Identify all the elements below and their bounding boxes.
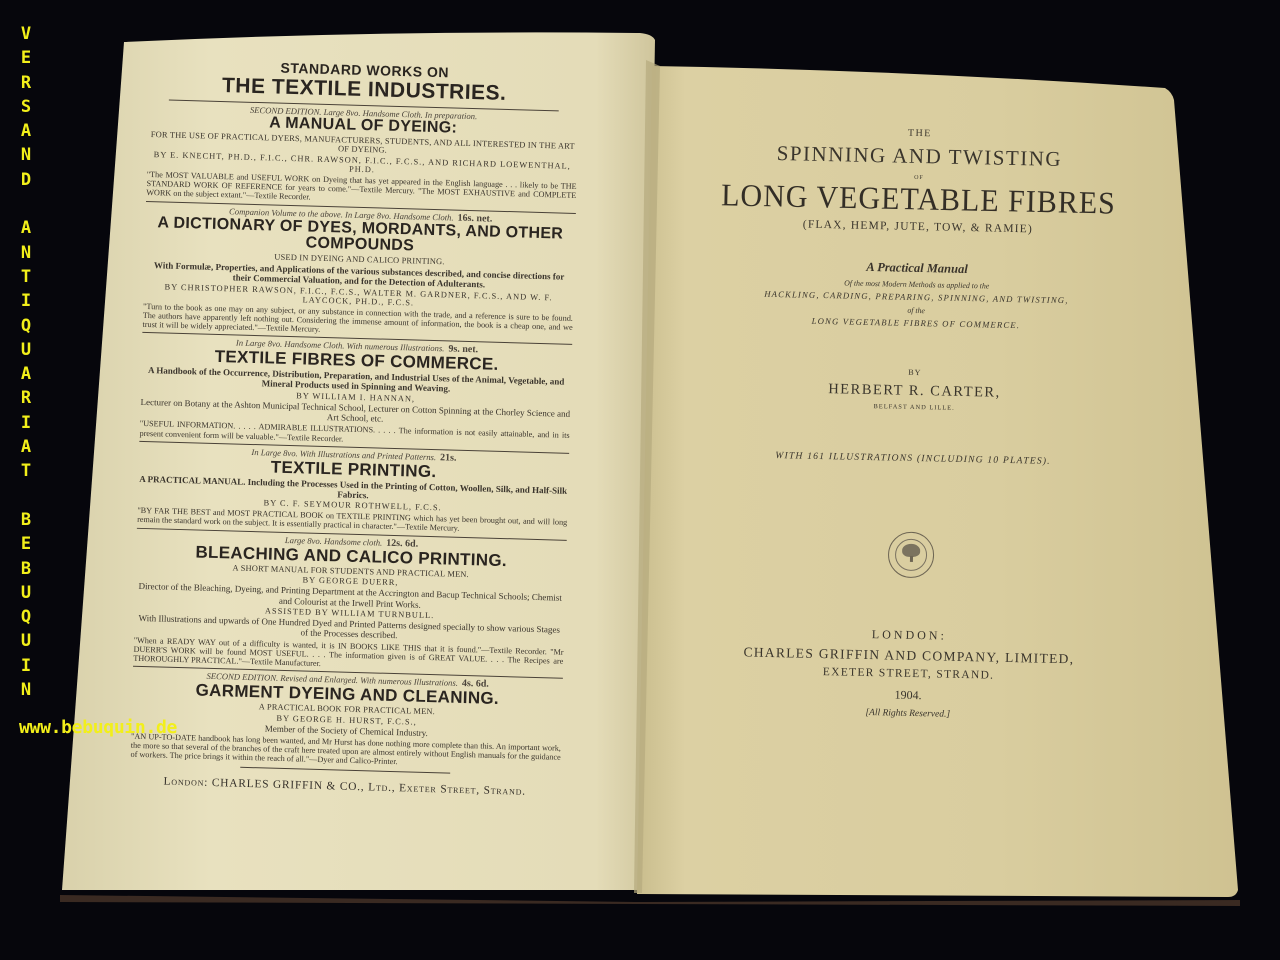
watermark-letter: N <box>18 143 34 167</box>
left-page-content: STANDARD WORKS ON THE TEXTILE INDUSTRIES… <box>129 56 580 810</box>
watermark-letter: Q <box>18 605 34 629</box>
watermark-letter: A <box>18 119 34 143</box>
watermark-letter: U <box>18 581 34 605</box>
watermark-vertical-text: VERSAND ANTIQUARIAT BEBUQUIN <box>18 22 34 702</box>
watermark-letter: A <box>18 362 34 386</box>
watermark-letter: V <box>18 22 34 46</box>
watermark-url: www.bebuquin.de <box>19 717 177 738</box>
book-entry-bleaching-calico: Large 8vo. Handsome cloth.12s. 6d. BLEAC… <box>133 530 567 674</box>
watermark-letter: I <box>18 654 34 678</box>
book-entry-textile-fibres: In Large 8vo. Handsome Cloth. With numer… <box>139 335 572 450</box>
book-entry-manual-of-dyeing: SECOND EDITION. Large 8vo. Handsome Clot… <box>146 102 579 210</box>
watermark-letter <box>18 484 34 508</box>
watermark-letter: B <box>18 557 34 581</box>
imprint-city: LONDON: <box>709 624 1109 647</box>
watermark-letter: U <box>18 629 34 653</box>
watermark-letter: Q <box>18 314 34 338</box>
watermark-letter: T <box>18 459 34 483</box>
illustrations-note: WITH 161 ILLUSTRATIONS (INCLUDING 10 PLA… <box>713 449 1113 468</box>
watermark-letter: S <box>18 95 34 119</box>
tree-trunk <box>910 556 913 562</box>
watermark-letter: N <box>18 241 34 265</box>
title-line-2: LONG VEGETABLE FIBRES <box>718 178 1119 222</box>
watermark-letter: E <box>18 532 34 556</box>
watermark-letter: N <box>18 678 34 702</box>
book-entry-garment-dyeing: SECOND EDITION. Revised and Enlarged. Wi… <box>130 669 562 771</box>
publisher-imprint: London: CHARLES GRIFFIN & CO., Ltd., Exe… <box>130 774 560 798</box>
book-photo: STANDARD WORKS ON THE TEXTILE INDUSTRIES… <box>0 0 1280 960</box>
watermark-letter: A <box>18 435 34 459</box>
watermark-letter: B <box>18 508 34 532</box>
book-entry-textile-printing: In Large 8vo. With Illustrations and Pri… <box>137 444 569 537</box>
title-line-1: SPINNING AND TWISTING <box>719 140 1119 173</box>
imprint-year: 1904. <box>708 684 1108 707</box>
watermark-letter: T <box>18 265 34 289</box>
book-entry-dictionary-of-dyes: Companion Volume to the above. In Large … <box>142 204 575 341</box>
watermark-letter: R <box>18 71 34 95</box>
watermark-letter: R <box>18 386 34 410</box>
watermark-letter: I <box>18 411 34 435</box>
watermark-letter: U <box>18 338 34 362</box>
watermark-letter: E <box>18 46 34 70</box>
watermark-letter: A <box>18 216 34 240</box>
by-label: BY <box>715 364 1115 381</box>
divider <box>240 766 450 773</box>
watermark-letter: D <box>18 168 34 192</box>
watermark-letter: I <box>18 289 34 313</box>
book-price: 21s. <box>440 452 457 463</box>
title-page-content: THE SPINNING AND TWISTING OF LONG VEGETA… <box>708 124 1120 723</box>
publisher-seal-icon <box>888 531 935 578</box>
watermark-letter <box>18 192 34 216</box>
